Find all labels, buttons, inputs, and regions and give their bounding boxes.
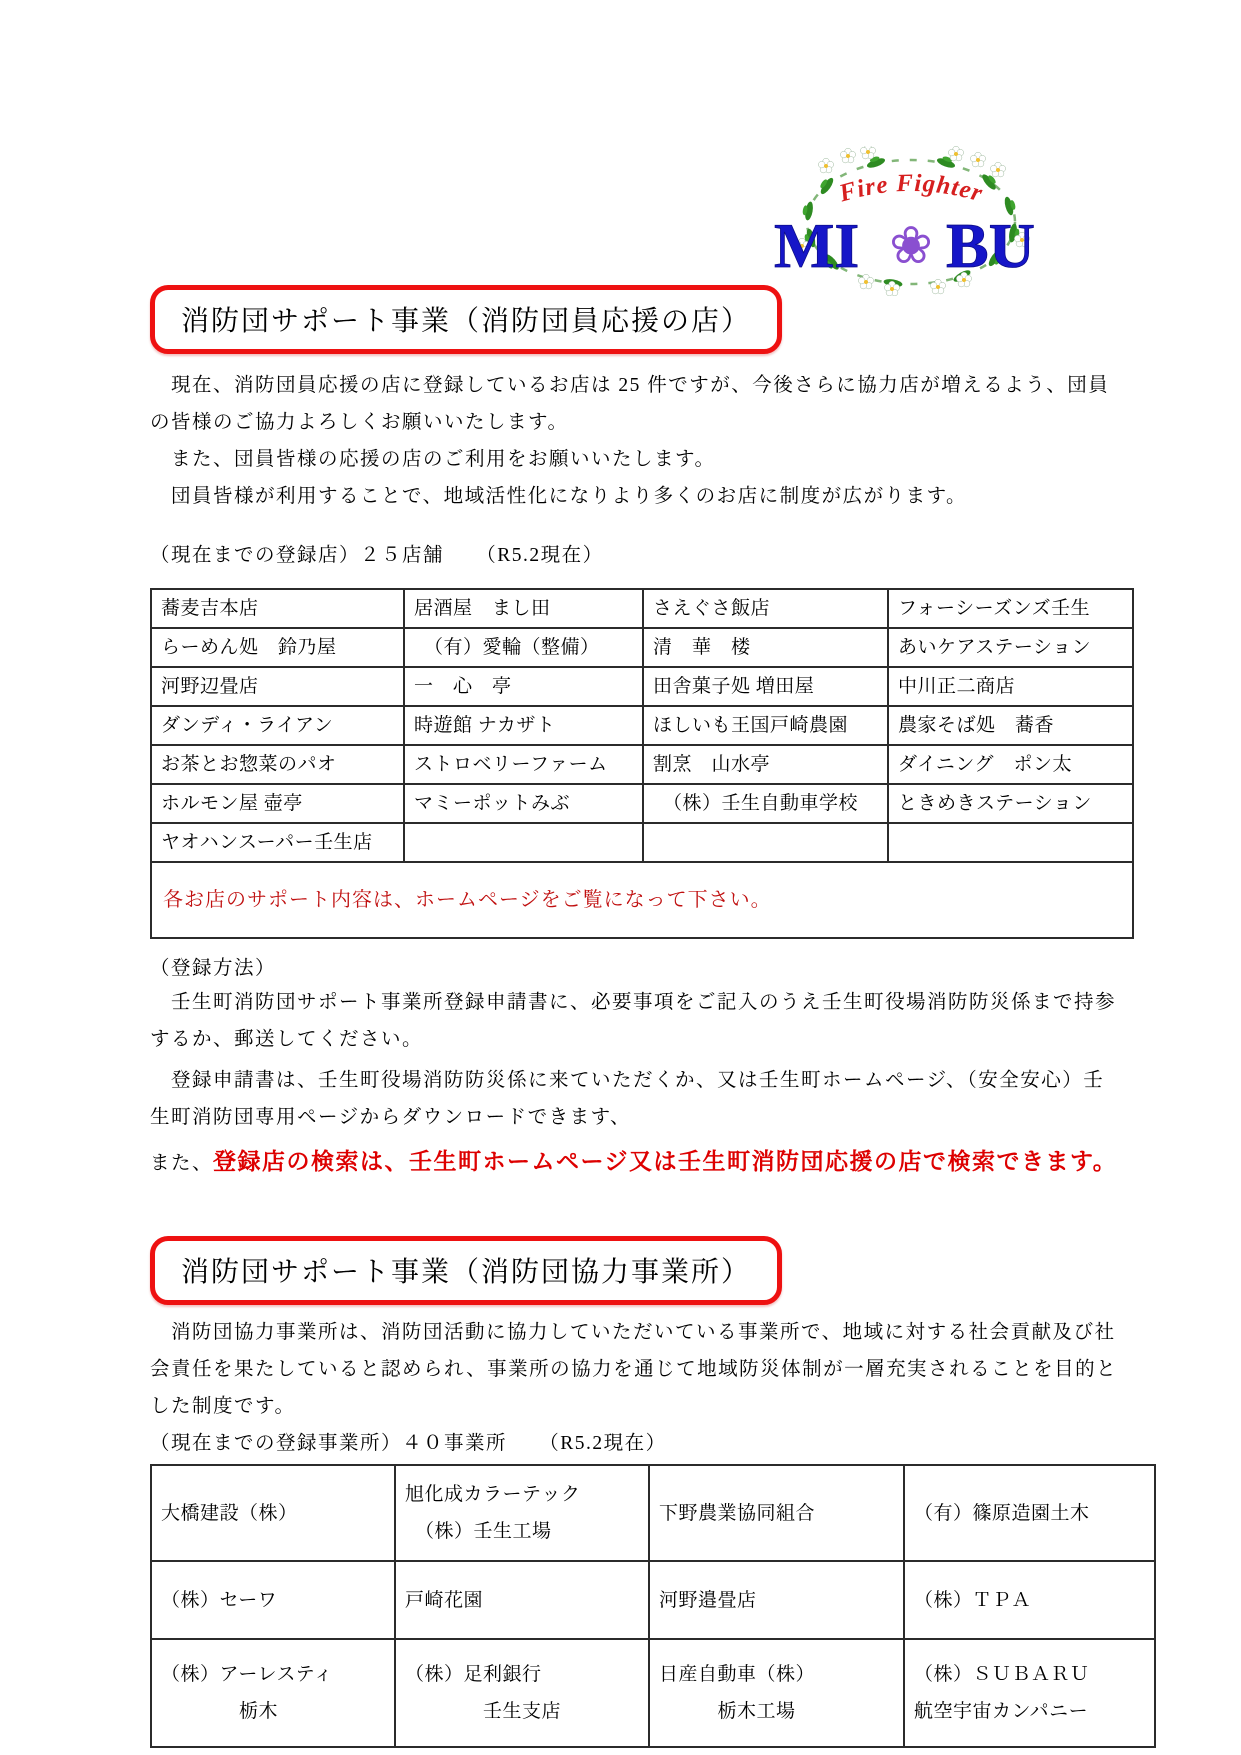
- office-cell: （株）セーワ: [151, 1561, 395, 1639]
- office-cell: 戸崎花園: [395, 1561, 649, 1639]
- table-row: 蕎麦吉本店 居酒屋 まし田 さえぐさ飯店 フォーシーズンズ壬生: [151, 589, 1133, 628]
- registered-office-count-line: （現在までの登録事業所）４０事業所 （R5.2現在）: [150, 1427, 1142, 1455]
- table-row: （株）セーワ 戸崎花園 河野邉畳店 （株）ＴＰＡ: [151, 1561, 1155, 1639]
- search-red-text: 登録店の検索は、壬生町ホームページ又は壬生町消防団応援の店で検索できます。: [213, 1149, 1117, 1174]
- shop-cell: 中川正二商店: [888, 667, 1133, 706]
- shop-cell: ホルモン屋 壺亭: [151, 784, 404, 823]
- shop-cell: 河野辺畳店: [151, 667, 404, 706]
- shop-cell: [643, 823, 888, 862]
- shop-cell: ときめきステーション: [888, 784, 1133, 823]
- registered-shop-count-line: （現在までの登録店）２５店舗 （R5.2現在）: [150, 539, 1142, 567]
- office-cell: （株）ＳＵＢＡＲＵ 航空宇宙カンパニー: [904, 1639, 1155, 1747]
- table-row: 大橋建設（株） 旭化成カラーテック （株）壬生工場 下野農業協同組合 （有）篠原…: [151, 1465, 1155, 1561]
- page: Fire Fighter MI BU ❀ 消防団サポート事業（消防団員応援の店）…: [0, 0, 1241, 1755]
- coop-intro-paragraph: 消防団協力事業所は、消防団活動に協力していただいている事業所で、地域に対する社会…: [150, 1314, 1142, 1425]
- fire-fighter-mibu-logo: Fire Fighter MI BU ❀: [768, 146, 1054, 296]
- intro-line: また、団員皆様の応援の店のご利用をお願いいたします。: [150, 441, 1142, 478]
- method-paragraph-2: 登録申請書は、壬生町役場消防防災係に来ていただくか、又は壬生町ホームページ、（安…: [150, 1062, 1142, 1136]
- shop-cell: 一 心 亭: [404, 667, 643, 706]
- table-note: 各お店のサポート内容は、ホームページをご覧になって下さい。: [151, 862, 1133, 938]
- intro-line: の皆様のご協力よろしくお願いいたします。: [150, 404, 1142, 441]
- intro-paragraph: 現在、消防団員応援の店に登録しているお店は 25 件ですが、今後さらに協力店が増…: [150, 367, 1142, 515]
- shop-cell: 居酒屋 まし田: [404, 589, 643, 628]
- table-row: ダンディ・ライアン 時遊館 ナカザト ほしいも王国戸崎農園 農家そば処 蕎香: [151, 706, 1133, 745]
- shop-cell: ストロベリーファーム: [404, 745, 643, 784]
- shop-cell: さえぐさ飯店: [643, 589, 888, 628]
- logo-script-text: Fire Fighter: [835, 170, 986, 208]
- shop-cell: フォーシーズンズ壬生: [888, 589, 1133, 628]
- intro-line: 団員皆様が利用することで、地域活性化になりより多くのお店に制度が広がります。: [150, 478, 1142, 515]
- shop-cell: （株）壬生自動車学校: [643, 784, 888, 823]
- search-info-line: また、登録店の検索は、壬生町ホームページ又は壬生町消防団応援の店で検索できます。: [150, 1142, 1142, 1184]
- logo-wreath-icon: Fire Fighter MI BU ❀: [768, 146, 1054, 296]
- table-row: ホルモン屋 壺亭 マミーポットみぶ （株）壬生自動車学校 ときめきステーション: [151, 784, 1133, 823]
- document-body: 消防団サポート事業（消防団員応援の店） 現在、消防団員応援の店に登録しているお店…: [150, 285, 1142, 1748]
- intro-line: 現在、消防団員応援の店に登録しているお店は 25 件ですが、今後さらに協力店が増…: [150, 367, 1142, 404]
- office-cell: （株）足利銀行 壬生支店: [395, 1639, 649, 1747]
- shop-cell: らーめん処 鈴乃屋: [151, 628, 404, 667]
- coop-intro-line: 消防団協力事業所は、消防団活動に協力していただいている事業所で、地域に対する社会…: [150, 1314, 1142, 1351]
- shop-cell: [404, 823, 643, 862]
- coop-intro-line: 会責任を果たしていると認められ、事業所の協力を通じて地域防災体制が一層充実される…: [150, 1351, 1142, 1388]
- method-line: するか、郵送してください。: [150, 1021, 1142, 1058]
- shop-cell: 田舎菓子処 増田屋: [643, 667, 888, 706]
- shop-cell: 清 華 楼: [643, 628, 888, 667]
- office-cell: 日産自動車（株） 栃木工場: [649, 1639, 904, 1747]
- shop-cell: 割烹 山水亭: [643, 745, 888, 784]
- shop-cell: ダンディ・ライアン: [151, 706, 404, 745]
- table-row: ヤオハンスーパー壬生店: [151, 823, 1133, 862]
- shop-cell: 蕎麦吉本店: [151, 589, 404, 628]
- cooperating-office-heading: 消防団サポート事業（消防団協力事業所）: [150, 1236, 782, 1305]
- shop-cell: ほしいも王国戸崎農園: [643, 706, 888, 745]
- method-line: 登録申請書は、壬生町役場消防防災係に来ていただくか、又は壬生町ホームページ、（安…: [150, 1062, 1142, 1099]
- logo-bu-text: BU: [946, 210, 1035, 281]
- method-paragraph-1: 壬生町消防団サポート事業所登録申請書に、必要事項をご記入のうえ壬生町役場消防防災…: [150, 984, 1142, 1058]
- shop-cell: ダイニング ポン太: [888, 745, 1133, 784]
- search-prefix: また、: [150, 1153, 213, 1174]
- shop-cell: （有）愛輪（整備）: [404, 628, 643, 667]
- office-cell: 河野邉畳店: [649, 1561, 904, 1639]
- cooperating-offices-table: 大橋建設（株） 旭化成カラーテック （株）壬生工場 下野農業協同組合 （有）篠原…: [150, 1464, 1156, 1748]
- registration-method-label: （登録方法）: [150, 952, 1142, 980]
- method-line: 壬生町消防団サポート事業所登録申請書に、必要事項をご記入のうえ壬生町役場消防防災…: [150, 984, 1142, 1021]
- table-note-row: 各お店のサポート内容は、ホームページをご覧になって下さい。: [151, 862, 1133, 938]
- shop-cell: お茶とお惣菜のパオ: [151, 745, 404, 784]
- shop-cell: あいケアステーション: [888, 628, 1133, 667]
- logo-mi-text: MI: [774, 210, 859, 281]
- support-shops-table: 蕎麦吉本店 居酒屋 まし田 さえぐさ飯店 フォーシーズンズ壬生 らーめん処 鈴乃…: [150, 588, 1134, 939]
- table-row: らーめん処 鈴乃屋 （有）愛輪（整備） 清 華 楼 あいケアステーション: [151, 628, 1133, 667]
- table-row: お茶とお惣菜のパオ ストロベリーファーム 割烹 山水亭 ダイニング ポン太: [151, 745, 1133, 784]
- coop-intro-line: した制度です。: [150, 1388, 1142, 1425]
- table-row: （株）アーレスティ 栃木 （株）足利銀行 壬生支店 日産自動車（株） 栃木工場 …: [151, 1639, 1155, 1747]
- shop-cell: マミーポットみぶ: [404, 784, 643, 823]
- office-cell: 旭化成カラーテック （株）壬生工場: [395, 1465, 649, 1561]
- office-cell: 大橋建設（株）: [151, 1465, 395, 1561]
- method-line: 生町消防団専用ページからダウンロードできます、: [150, 1099, 1142, 1136]
- office-cell: （有）篠原造園土木: [904, 1465, 1155, 1561]
- office-cell: 下野農業協同組合: [649, 1465, 904, 1561]
- table-row: 河野辺畳店 一 心 亭 田舎菓子処 増田屋 中川正二商店: [151, 667, 1133, 706]
- shop-cell: 時遊館 ナカザト: [404, 706, 643, 745]
- office-cell: （株）ＴＰＡ: [904, 1561, 1155, 1639]
- office-cell: （株）アーレスティ 栃木: [151, 1639, 395, 1747]
- shop-cell: [888, 823, 1133, 862]
- logo-emblem-icon: ❀: [889, 216, 933, 276]
- support-shop-heading: 消防団サポート事業（消防団員応援の店）: [150, 285, 782, 354]
- shop-cell: 農家そば処 蕎香: [888, 706, 1133, 745]
- shop-cell: ヤオハンスーパー壬生店: [151, 823, 404, 862]
